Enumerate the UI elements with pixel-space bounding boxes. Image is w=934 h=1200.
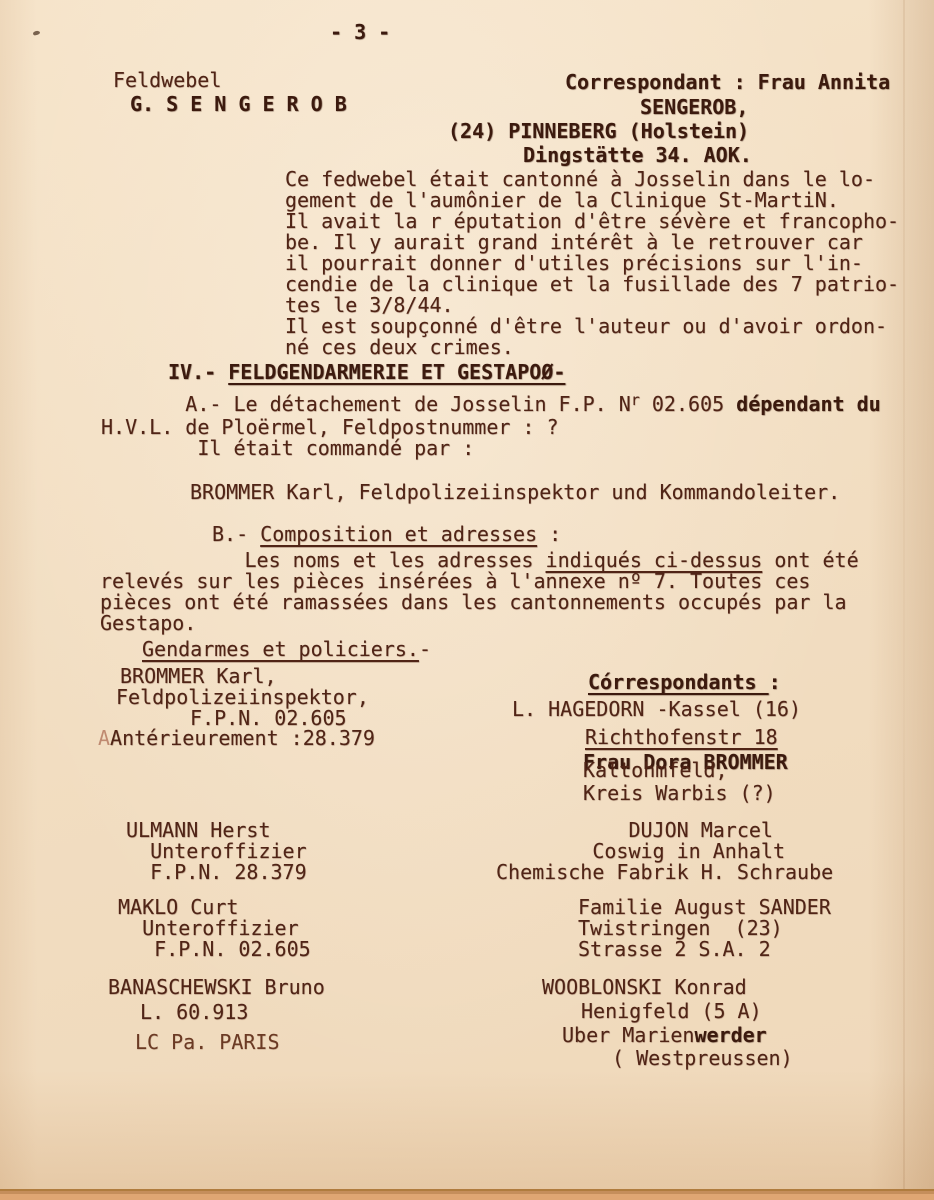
subject-name: G. S E N G E R O B	[130, 94, 347, 115]
section-b-title: Composition et adresses	[260, 522, 537, 546]
intro-paragraph: Ce fedwebel était cantonné à Josselin da…	[285, 169, 899, 358]
brommer-name: BROMMER Karl,	[120, 666, 277, 687]
para-a-bold: dépendant du	[736, 392, 881, 416]
overtyped-line-bottom: Kaltohmfeld,	[583, 760, 728, 781]
para-a-superscript: r	[631, 391, 640, 409]
correspondent-line4: Dingstätte 34. AOK.	[523, 145, 752, 166]
note-paragraph: Les noms et les adresses indiqués ci-des…	[100, 550, 859, 634]
roster-heading: Gendarmes et policiers.-	[142, 639, 431, 660]
para-a-text1: A.- Le détachement de Josselin F.P. N	[101, 392, 631, 416]
correspondants-heading: Córrespondants :	[588, 672, 781, 693]
section-b-number: B.-	[212, 522, 260, 546]
page-number: - 3 -	[330, 22, 390, 43]
hagedorn-line: L. HAGEDORN -Kassel (16)	[512, 699, 801, 720]
street-line: Richthofenstr 18	[585, 727, 778, 748]
maklo-entry: MAKLO Curt Unteroffizier F.P.N. 02.605	[118, 897, 311, 960]
section4-title: FELDGENDARMERIE ET GESTAPOØ-	[228, 360, 565, 384]
banaschewski-location: LC Pa. PARIS	[135, 1032, 280, 1053]
brommer-title: Feldpolizeiinspektor,	[116, 687, 369, 708]
photographed-document: { "page_number": "- 3 -", "header_left":…	[0, 0, 934, 1200]
brommer-previous: AAntérieurement :28.379	[98, 728, 375, 749]
wooblonski-district-overtyped: werder	[694, 1023, 766, 1047]
commander-line: BROMMER Karl, Feldpolizeiinspektor und K…	[190, 482, 840, 503]
banaschewski-name: BANASCHEWSKI Bruno	[108, 977, 325, 998]
correspondent-line2: SENGEROB,	[640, 97, 748, 118]
subject-rank: Feldwebel	[113, 70, 221, 91]
correspondants-title: Córrespondants	[588, 670, 769, 694]
dujon-entry: DUJON Marcel Coswig in Anhalt Chemische …	[496, 820, 833, 883]
section4-heading-b: B.- Composition et adresses :	[212, 524, 561, 545]
wooblonski-district-text: Uber Marien	[562, 1023, 694, 1047]
correspondent-line3: (24) PINNEBERG (Holstein)	[448, 121, 749, 142]
sander-entry: Familie August SANDER Twistringen (23) S…	[578, 897, 831, 960]
wooblonski-place: Henigfeld (5 A)	[581, 1001, 762, 1022]
correspondants-colon: :	[769, 670, 781, 694]
wooblonski-district: Uber Marienwerder	[562, 1025, 767, 1046]
brommer-ghost-letter: A	[98, 726, 110, 750]
section-b-colon: :	[537, 522, 561, 546]
section4-paragraph-a: A.- Le détachement de Josselin F.P. Nr 0…	[101, 394, 881, 459]
document-page: - 3 - Feldwebel G. S E N G E R O B Corre…	[0, 0, 934, 1191]
para-a-text3: H.V.L. de Ploërmel, Feldpostnummer : ? I…	[101, 415, 559, 460]
paper-speck	[33, 30, 41, 36]
correspondent-line1: Correspondant : Frau Annita	[565, 72, 890, 93]
section4-heading: IV.- FELDGENDARMERIE ET GESTAPOØ-	[168, 362, 565, 383]
section4-number: IV.-	[168, 360, 228, 384]
roster-heading-title: Gendarmes et policiers.	[142, 637, 419, 661]
banaschewski-number: L. 60.913	[140, 1002, 248, 1023]
ulmann-entry: ULMANN Herst Unteroffizier F.P.N. 28.379	[126, 820, 307, 883]
roster-heading-dash: -	[419, 637, 431, 661]
para-a-text2: 02.605	[640, 392, 736, 416]
kreis-line: Kreis Warbis (?)	[583, 783, 776, 804]
wooblonski-name: WOOBLONSKI Konrad	[542, 977, 747, 998]
wooblonski-region: ( Westpreussen)	[612, 1048, 793, 1069]
paper-crease	[903, 0, 905, 1189]
brommer-previous-text: Antérieurement :28.379	[110, 726, 375, 750]
